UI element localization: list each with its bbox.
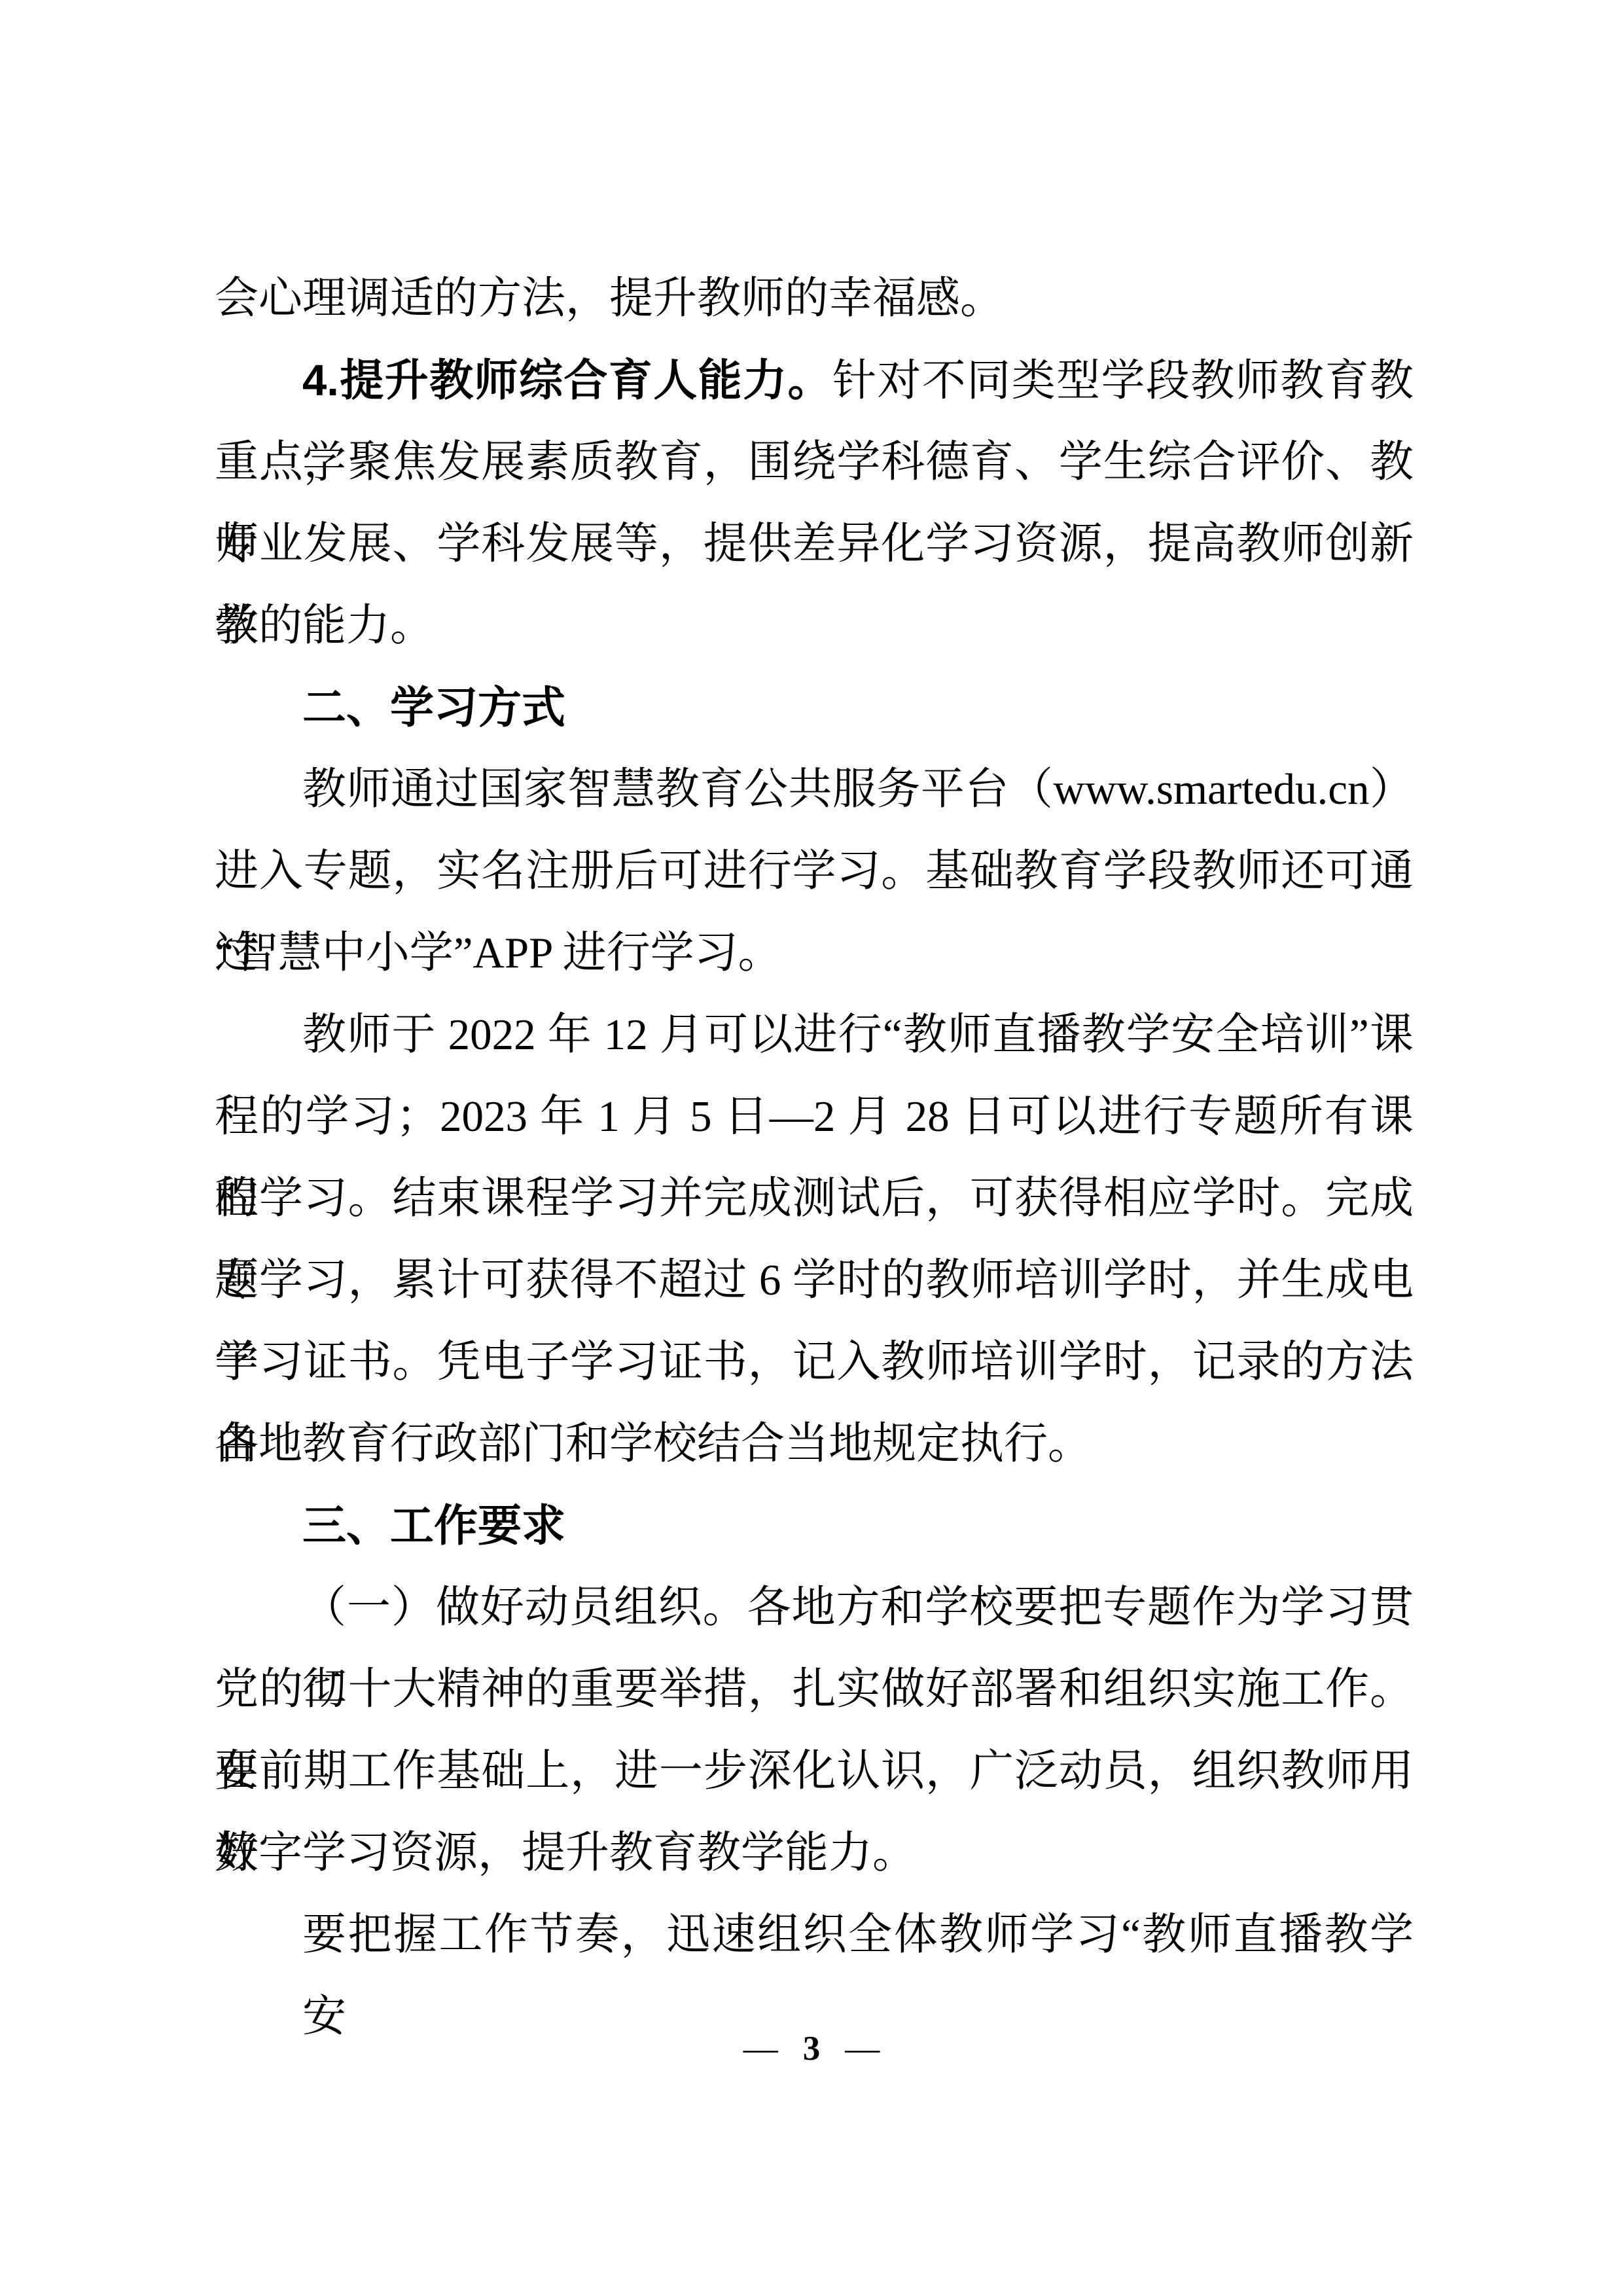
text-line: 的学习。结束课程学习并完成测试后，可获得相应学时。完成专 <box>215 1158 1414 1240</box>
text-line: 4.提升教师综合育人能力。针对不同类型学段教师教育教学 <box>215 340 1414 422</box>
text-line: （一）做好动员组织。各地方和学校要把专题作为学习贯彻 <box>215 1567 1414 1649</box>
text-line: 程的学习；2023 年 1 月 5 日—2 月 28 日可以进行专题所有课程 <box>215 1076 1414 1158</box>
text-line: 重点，聚焦发展素质教育，围绕学科德育、学生综合评价、教师 <box>215 422 1414 503</box>
text-line: 会心理调适的方法，提升教师的幸福感。 <box>215 258 1414 340</box>
document-page: 会心理调适的方法，提升教师的幸福感。4.提升教师综合育人能力。针对不同类型学段教… <box>0 0 1623 2296</box>
footer-left-dash: — <box>743 2030 778 2068</box>
section-heading: 三、工作要求 <box>215 1485 1414 1567</box>
text-line: 党的二十大精神的重要举措，扎实做好部署和组织实施工作。要 <box>215 1649 1414 1731</box>
document-body: 会心理调适的方法，提升教师的幸福感。4.提升教师综合育人能力。针对不同类型学段教… <box>215 258 1414 1976</box>
text-line: “智慧中小学”APP 进行学习。 <box>215 912 1414 994</box>
text-line: 要把握工作节奏，迅速组织全体教师学习“教师直播教学安 <box>215 1894 1414 1976</box>
page-footer: —3— <box>0 2028 1623 2070</box>
text-line: 教师通过国家智慧教育公共服务平台（www.smartedu.cn） <box>215 749 1414 831</box>
text-line: 学的能力。 <box>215 585 1414 667</box>
page-number: 3 <box>803 2030 821 2068</box>
text-line: 题学习，累计可获得不超过 6 学时的教师培训学时，并生成电子 <box>215 1240 1414 1321</box>
text-line: 数字学习资源，提升教育教学能力。 <box>215 1812 1414 1894</box>
bold-lead-text: 4.提升教师综合育人能力。 <box>302 356 832 405</box>
section-heading: 二、学习方式 <box>215 667 1414 749</box>
footer-right-dash: — <box>845 2030 880 2068</box>
text-line: 进入专题，实名注册后可进行学习。基础教育学段教师还可通过 <box>215 831 1414 912</box>
text-line: 专业发展、学科发展等，提供差异化学习资源，提高教师创新教 <box>215 503 1414 585</box>
text-line: 在前期工作基础上，进一步深化认识，广泛动员，组织教师用好 <box>215 1731 1414 1812</box>
text-line: 各地教育行政部门和学校结合当地规定执行。 <box>215 1403 1414 1485</box>
text-line: 教师于 2022 年 12 月可以进行“教师直播教学安全培训”课 <box>215 994 1414 1076</box>
text-line: 学习证书。凭电子学习证书，记入教师培训学时，记录的方法由 <box>215 1321 1414 1403</box>
